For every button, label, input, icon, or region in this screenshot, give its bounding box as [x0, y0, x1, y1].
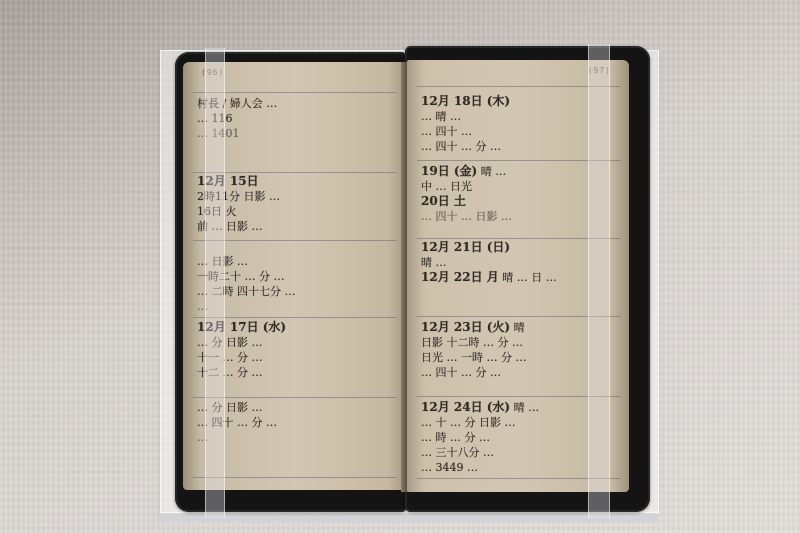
mounting-tape	[205, 48, 225, 518]
entry-date: 12月 23日 (火)	[421, 320, 510, 334]
diary-entry: … 分 日影 … … 四十 … 分 … …	[197, 400, 395, 445]
diary-entry: 12月 15日 2時11分 日影 … 16日 火 前 … 日影 …	[197, 174, 395, 234]
entry-date: 19日 (金)	[421, 164, 477, 178]
entry-date: 12月 24日 (水)	[421, 400, 510, 414]
mounting-tape	[588, 44, 610, 518]
entry-date: 20日 土	[421, 194, 466, 208]
acrylic-stand-base	[160, 512, 657, 523]
diary-entry: … 日影 … 一時二十 … 分 … … 二時 四十七分 … …	[197, 254, 395, 314]
entry-date: 12月 22日 月	[421, 270, 499, 284]
entry-date: 12月 17日 (水)	[197, 320, 395, 335]
entry-date: 12月 15日	[197, 174, 395, 189]
diary-entry: 村長 / 婦人会 … … 116 … 1401	[197, 96, 395, 141]
diary-entry: 12月 17日 (水) … 分 日影 … 十一 … 分 … 十二 … 分 …	[197, 320, 395, 380]
